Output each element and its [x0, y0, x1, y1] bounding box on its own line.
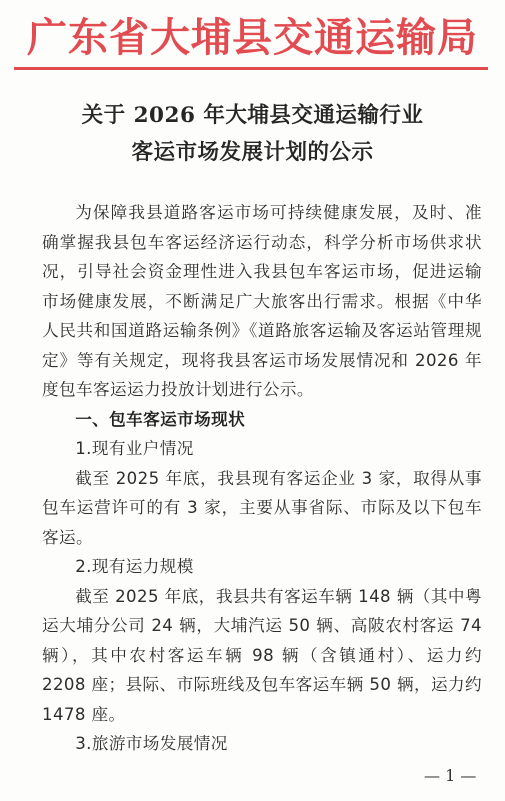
subsection-paragraph: 截至 2025 年底，我县现有客运企业 3 家，取得从事包车运营许可的有 3 家…	[42, 464, 482, 553]
document-title-line-2: 客运市场发展计划的公示	[0, 135, 505, 166]
intro-paragraph: 为保障我县道路客运市场可持续健康发展，及时、准确掌握我县包车客运经济运行动态，科…	[42, 198, 482, 405]
document-title-line-1: 关于 2026 年大埔县交通运输行业	[0, 98, 505, 129]
subsection-heading: 3.旅游市场发展情况	[42, 729, 482, 759]
subsection-heading: 2.现有运力规模	[42, 552, 482, 582]
subsection-paragraph: 截至 2025 年底，我县共有客运车辆 148 辆（其中粤运大埔分公司 24 辆…	[42, 582, 482, 730]
red-divider-rule	[14, 67, 488, 70]
page-number: — 1 —	[424, 766, 476, 785]
subsection-heading: 1.现有业户情况	[42, 434, 482, 464]
issuer-masthead: 广东省大埔县交通运输局	[0, 14, 505, 62]
document-body: 为保障我县道路客运市场可持续健康发展，及时、准确掌握我县包车客运经济运行动态，科…	[42, 198, 482, 759]
section-heading: 一、包车客运市场现状	[42, 405, 482, 435]
